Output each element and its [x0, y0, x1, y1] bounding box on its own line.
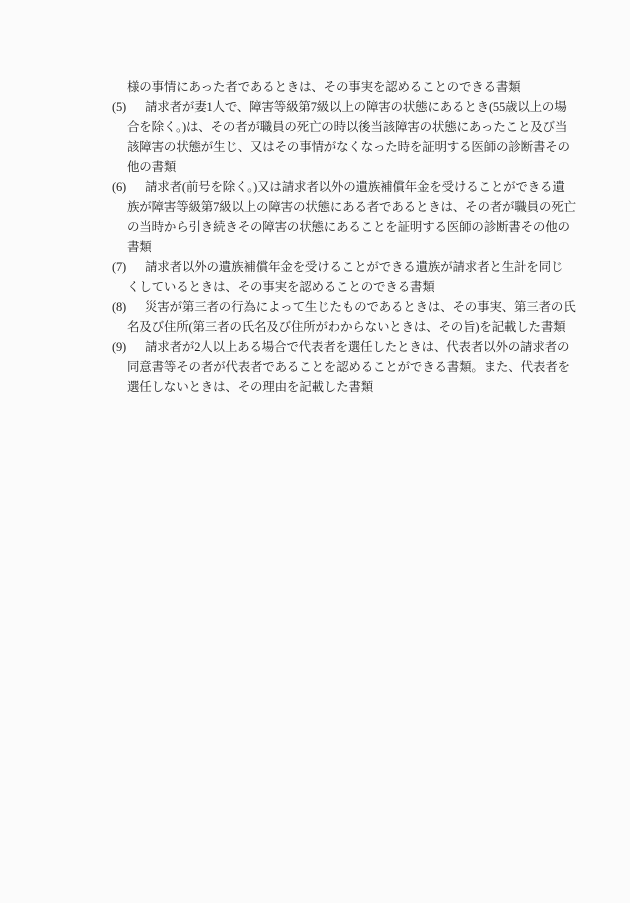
list-item-6-line-1: (6)請求者(前号を除く。)又は請求者以外の遺族補償年金を受けることができる遺 — [112, 177, 582, 197]
list-item-6-line-2: 族が障害等級第7級以上の障害の状態にある者であるときは、その者が職員の死亡 — [112, 197, 582, 217]
list-item-6-line-4: 書類 — [112, 237, 582, 257]
list-item-5-number: (5) — [112, 97, 145, 117]
list-item-9-line-1: (9)請求者が2人以上ある場合で代表者を選任したときは、代表者以外の請求者の — [112, 337, 582, 357]
list-item-7-text: 請求者以外の遺族補償年金を受けることができる遺族が請求者と生計を同じ — [145, 260, 563, 274]
list-item-7-line-2: くしているときは、その事実を認めることのできる書類 — [112, 277, 582, 297]
list-item-9-number: (9) — [112, 337, 145, 357]
list-item-9-text: 請求者が2人以上ある場合で代表者を選任したときは、代表者以外の請求者の — [145, 340, 569, 354]
list-item-5-line-2: 合を除く。)は、その者が職員の死亡の時以後当該障害の状態にあったこと及び当 — [112, 117, 582, 137]
list-item-8-number: (8) — [112, 297, 145, 317]
list-item-8-line-2: 名及び住所(第三者の氏名及び住所がわからないときは、その旨)を記載した書類 — [112, 317, 582, 337]
list-item-6-number: (6) — [112, 177, 145, 197]
document-text: 様の事情にあった者であるときは、その事実を認めることのできる書類 (5)請求者が… — [112, 77, 582, 397]
list-item-5-line-4: 他の書類 — [112, 157, 582, 177]
list-item-9-line-3: 選任しないときは、その理由を記載した書類 — [112, 377, 582, 397]
list-item-6-line-3: の当時から引き続きその障害の状態にあることを証明する医師の診断書その他の — [112, 217, 582, 237]
list-item-5-line-3: 該障害の状態が生じ、又はその事情がなくなった時を証明する医師の診断書その — [112, 137, 582, 157]
document-page: 様の事情にあった者であるときは、その事実を認めることのできる書類 (5)請求者が… — [0, 0, 630, 903]
list-item-7-line-1: (7)請求者以外の遺族補償年金を受けることができる遺族が請求者と生計を同じ — [112, 257, 582, 277]
list-item-8-line-1: (8)災害が第三者の行為によって生じたものであるときは、その事実、第三者の氏 — [112, 297, 582, 317]
list-item-5-text: 請求者が妻1人で、障害等級第7級以上の障害の状態にあるとき(55歳以上の場 — [145, 100, 567, 114]
continuation-line: 様の事情にあった者であるときは、その事実を認めることのできる書類 — [112, 77, 582, 97]
list-item-9-line-2: 同意書等その者が代表者であることを認めることができる書類。また、代表者を — [112, 357, 582, 377]
list-item-5-line-1: (5)請求者が妻1人で、障害等級第7級以上の障害の状態にあるとき(55歳以上の場 — [112, 97, 582, 117]
list-item-8-text: 災害が第三者の行為によって生じたものであるときは、その事実、第三者の氏 — [145, 300, 576, 314]
list-item-6-text: 請求者(前号を除く。)又は請求者以外の遺族補償年金を受けることができる遺 — [145, 180, 565, 194]
list-item-7-number: (7) — [112, 257, 145, 277]
